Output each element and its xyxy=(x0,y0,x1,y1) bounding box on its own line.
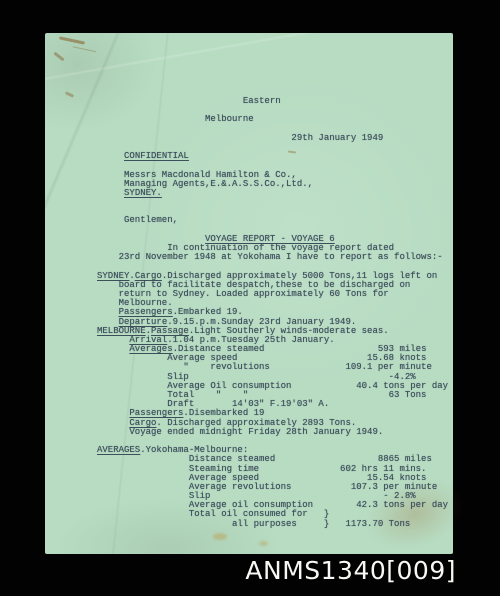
letter-body: Eastern Melbourne 29th January 1949 CONF… xyxy=(97,97,448,529)
letter-line xyxy=(97,198,448,207)
stain xyxy=(259,541,268,546)
letter-line: Melbourne xyxy=(97,115,448,124)
letter-line: all purposes } 1173.70 Tons xyxy=(97,520,448,529)
stain xyxy=(65,91,74,98)
letter-line: Voyage ended midnight Friday 28th Januar… xyxy=(97,428,448,437)
stain xyxy=(53,52,64,62)
letter-line: 29th January 1949 xyxy=(97,134,448,143)
letter-line: 23rd November 1948 at Yokohama I have to… xyxy=(97,253,448,262)
scan-background: Eastern Melbourne 29th January 1949 CONF… xyxy=(0,0,500,596)
archive-id-label: ANMS1340[009] xyxy=(245,556,456,585)
letter-line: CONFIDENTIAL xyxy=(97,152,448,161)
stain xyxy=(59,36,85,44)
letter-line: Eastern xyxy=(97,97,448,106)
document-page: Eastern Melbourne 29th January 1949 CONF… xyxy=(45,33,453,554)
stain xyxy=(213,533,227,540)
letter-line: SYDNEY. xyxy=(97,189,448,198)
letter-line: Gentlemen, xyxy=(97,216,448,225)
